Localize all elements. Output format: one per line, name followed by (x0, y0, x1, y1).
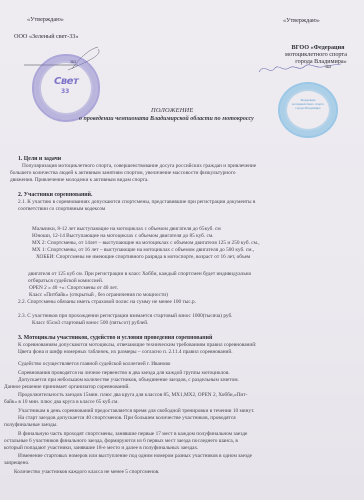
section-3-heading: 3. Мотоциклы участников, судейство и усл… (18, 335, 212, 341)
section-3-line: Изменение стартовых номеров или выступле… (18, 453, 252, 459)
section-3-line: полуфинальные заезды. (4, 422, 58, 428)
section-2-line: МХ 1: Спортсмены, от 16 лет – выступающи… (32, 247, 254, 253)
approve-right: «Утверждаю» (283, 17, 320, 24)
section-3-line: Продолжительность заездов 15мин. плюс дв… (18, 392, 247, 398)
section-2-line: двигателя от 125 куб см. При регистрации… (28, 271, 251, 277)
section-2-line: МХ 2: Спортсмены, от 14лет – выступающие… (32, 240, 260, 246)
section-3-line: остальные 6 участников финального заезда… (4, 438, 238, 444)
section-3-line: Соревнования проводятся на личное первен… (18, 370, 230, 376)
section-2-line: OPEN 2 « 40 +»: Спортсмены от 40 лет. (29, 285, 118, 291)
section-2-line: 2.1. К участию в соревнованиях допускают… (18, 199, 255, 205)
section-3-line: Цвета фона и шифр номерных табличек, их … (18, 349, 233, 355)
org-right-line2: мотоциклетного спорта (268, 51, 364, 58)
stamp-right-text: Федерация мотоциклетного спорта города В… (290, 98, 326, 110)
stamp-left: Свет 33 (32, 54, 100, 122)
document-title: ПОЛОЖЕНИЕ (151, 107, 193, 114)
section-1-line: движения. Привлечение молодежи к активны… (10, 177, 149, 183)
section-3-line: К соревнованиям допускаются мотоциклы, о… (18, 342, 257, 348)
section-2-line: Юноши, 12-14 Выступающие на мотоциклах с… (32, 233, 214, 239)
section-3-line: Данное решение принимает организатор сор… (4, 384, 130, 390)
section-2-line: соответствии со спортивным кодексом (18, 206, 105, 212)
section-3-line: В финальную часть проходят спортсмены, з… (18, 431, 247, 437)
section-2-line: 2.2. Спортсмены обязаны иметь страховой … (18, 299, 196, 305)
signature-right-suffix: зш (325, 65, 331, 70)
section-2-line: отбираться судейской комиссией. (28, 278, 103, 284)
stamp-left-logo: Свет (54, 76, 78, 87)
section-1-line: большего количества людей к активным зан… (10, 170, 235, 176)
stamp-right: Федерация мотоциклетного спорта города В… (278, 82, 338, 138)
section-2-heading: 2. Участники соревнований. (18, 192, 92, 198)
signature-right-icon (255, 60, 345, 80)
section-3-line: байк» в 10 мин. плюс два круга в классе … (4, 399, 119, 405)
approve-left: «Утверждаю» (27, 16, 64, 23)
section-2-line: Класс 65см3 стартовый взнос 500 (пятьсот… (32, 320, 148, 326)
section-3-line: который попадают участники, занявшие 18-… (4, 445, 199, 451)
section-2-line: Мальчики, 8-12 лет выступающие на мотоци… (32, 226, 221, 232)
stamp-left-number: 33 (61, 88, 69, 95)
org-right-line1: ВГОО «Федерация (278, 44, 358, 51)
section-3-line: Судейство осуществляется главной судейск… (18, 361, 170, 367)
org-left: ООО «Зеленый свет-33» (14, 33, 78, 40)
document-subtitle: о проведении чемпионата Владимирской обл… (79, 116, 254, 122)
section-2-line: Класс «Питбайк» (открытый , без ограниче… (29, 292, 168, 298)
section-2-line: ХОББИ: Спортсмены не имеющие спортивного… (36, 254, 250, 260)
section-3-line: Участникам в день соревнований предостав… (18, 408, 254, 414)
document-page: «Утверждаю» ООО «Зеленый свет-33» зш Све… (0, 0, 364, 500)
section-3-line: Допускается при небольшом количестве уча… (18, 377, 239, 383)
section-1-line: Популяризация мотоциклетного спорта, сов… (22, 163, 256, 169)
section-1-heading: 1. Цели и задачи (18, 156, 61, 162)
section-3-line: Количество участников каждого класса не … (14, 469, 159, 475)
section-2-line: 2.3. С участников при прохождении регист… (18, 313, 233, 319)
section-3-line: запрещено. (4, 460, 29, 466)
section-3-line: На старт заездов допускается 40 спортсме… (18, 415, 236, 421)
